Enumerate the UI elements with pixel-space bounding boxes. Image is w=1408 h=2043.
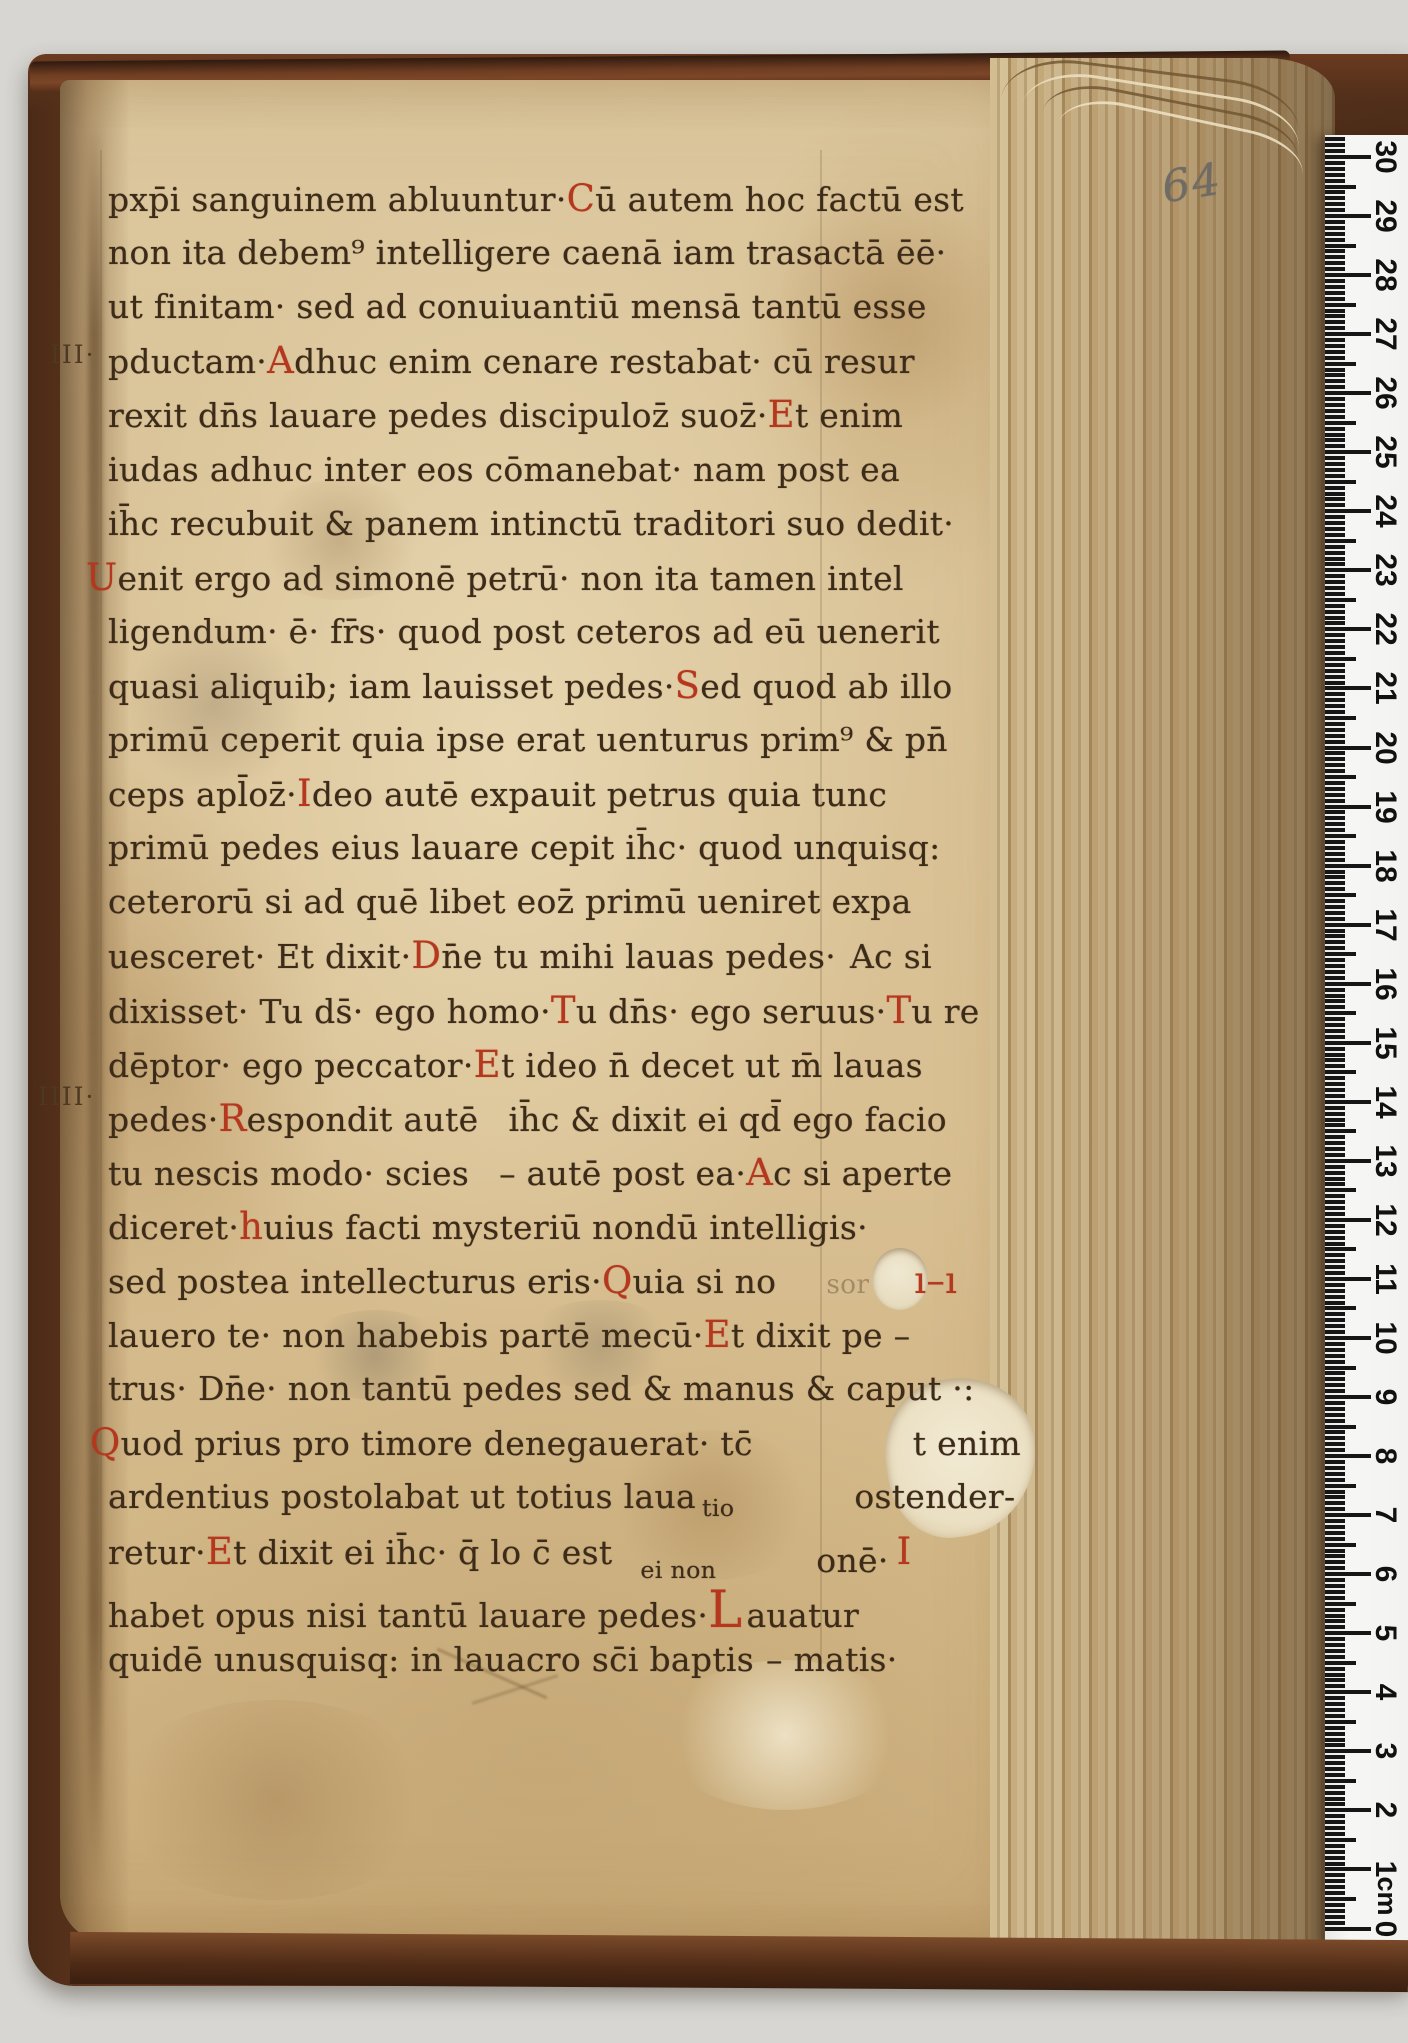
mm-tick [1325, 1177, 1345, 1181]
mm-tick [1325, 722, 1345, 726]
ruler-number-16: 16 [1363, 962, 1407, 1006]
mm-tick [1325, 881, 1345, 885]
rubricated-initial: U [86, 557, 117, 599]
rubricated-initial: D [411, 935, 441, 977]
mm-tick [1325, 1879, 1345, 1883]
mm-tick [1325, 1088, 1345, 1092]
mm-tick [1325, 1554, 1345, 1558]
mm-tick [1325, 1017, 1345, 1021]
mm-tick [1325, 320, 1345, 324]
mm-tick [1325, 728, 1345, 732]
mm-tick [1325, 852, 1345, 856]
mm-tick [1325, 1732, 1345, 1736]
text-segment: t enim [795, 395, 903, 437]
mm-tick [1325, 492, 1345, 496]
mm-tick [1325, 486, 1345, 490]
mm-tick [1325, 952, 1356, 956]
mm-tick [1325, 468, 1345, 472]
mm-tick [1325, 1106, 1345, 1110]
mm-tick [1325, 1519, 1345, 1523]
mm-tick [1325, 1224, 1345, 1228]
ruler-number-9: 9 [1363, 1375, 1407, 1419]
mm-tick [1325, 1171, 1345, 1175]
text-line-11: primū ceperit quia ipse erat uenturus pr… [108, 719, 948, 761]
ruler-number-10: 10 [1363, 1316, 1407, 1360]
text-line-28: quidē unusquisq: in lauacro sc̄i baptis–… [108, 1639, 898, 1681]
mm-tick [1325, 1826, 1345, 1830]
ruler-unit-label: cm [1367, 1874, 1407, 1918]
mm-tick [1325, 1436, 1345, 1440]
mm-tick [1325, 1643, 1345, 1647]
mm-tick [1325, 1814, 1345, 1818]
mm-tick [1325, 1135, 1345, 1139]
mm-tick [1325, 1064, 1345, 1068]
mm-tick [1325, 1797, 1345, 1801]
mm-tick [1325, 1501, 1345, 1505]
text-segment: ostender- [854, 1476, 1015, 1518]
mm-tick [1325, 1903, 1345, 1907]
text-segment: primū ceperit quia ipse erat uenturus pr… [108, 719, 948, 761]
mm-tick [1325, 775, 1356, 779]
mm-tick [1325, 1324, 1345, 1328]
mm-tick [1325, 456, 1345, 460]
mm-tick [1325, 1844, 1345, 1848]
text-segment: rexit dn̄s lauare pedes discipuloz̄ suoz… [108, 395, 768, 437]
mm-tick [1325, 1094, 1345, 1098]
text-line-2: non ita debem⁹ intelligere caenā iam tra… [108, 232, 946, 274]
text-line-10: quasi aliquib; iam lauisset pedes· Sed q… [108, 665, 953, 708]
mm-tick [1325, 373, 1345, 377]
mm-tick [1325, 1407, 1345, 1411]
mm-tick [1325, 870, 1345, 874]
mm-tick [1325, 1608, 1345, 1612]
mm-tick [1325, 1318, 1345, 1322]
text-segment: non ita debem⁹ intelligere caenā iam tra… [108, 232, 946, 274]
mm-tick [1325, 397, 1345, 401]
mm-tick [1325, 911, 1345, 915]
mm-tick [1325, 893, 1356, 897]
mm-tick [1325, 1442, 1345, 1446]
mm-tick [1325, 1590, 1345, 1594]
mm-tick [1325, 503, 1345, 507]
mm-tick [1325, 232, 1345, 236]
text-segment: dixisset· Tu ds̄· ego homo· [108, 991, 551, 1033]
mm-tick [1325, 1460, 1345, 1464]
ruler-number-2: 2 [1363, 1788, 1407, 1832]
text-segment: onē· [816, 1540, 888, 1582]
mm-tick [1325, 1584, 1345, 1588]
mm-tick [1325, 1637, 1345, 1641]
mm-tick [1325, 1850, 1345, 1854]
mm-tick [1325, 1743, 1345, 1747]
rubricated-initial: Q [602, 1260, 633, 1302]
mm-tick [1325, 462, 1345, 466]
mm-tick [1325, 1153, 1345, 1157]
mm-tick [1325, 905, 1345, 909]
rubricated-initial: T [886, 990, 911, 1032]
mm-tick [1325, 1295, 1345, 1299]
text-line-19: tu nescis modo· scies– autē post ea· Ac … [108, 1152, 952, 1195]
ruler-number-29: 29 [1363, 194, 1407, 238]
mm-tick [1325, 1253, 1345, 1257]
text-line-25: ardentius postolabat ut totius lauatioos… [108, 1476, 1015, 1521]
mm-tick [1325, 988, 1345, 992]
text-segment: uod prius pro timore denegauerat· tc̄ [121, 1423, 753, 1465]
ruler-number-5: 5 [1363, 1611, 1407, 1655]
mm-tick [1325, 196, 1345, 200]
text-line-20: diceret· huius facti mysteriū nondū inte… [108, 1206, 868, 1249]
mm-tick [1325, 238, 1345, 242]
text-segment: ceterorū si ad quē libet eoz̄ primū ueni… [108, 881, 912, 923]
mm-tick [1325, 1029, 1345, 1033]
mm-tick [1325, 1023, 1345, 1027]
mm-tick [1325, 1791, 1345, 1795]
margin-mark-iii: III· [50, 340, 96, 369]
mm-tick [1325, 651, 1345, 655]
ruler-number-27: 27 [1363, 312, 1407, 356]
mm-tick [1325, 846, 1345, 850]
text-segment: u re [911, 991, 979, 1033]
rubricated-initial: E [474, 1044, 501, 1086]
mm-tick [1325, 675, 1345, 679]
mm-tick [1325, 497, 1345, 501]
rubricated-initial: T [551, 990, 576, 1032]
mm-tick [1325, 1141, 1345, 1145]
mm-tick [1325, 515, 1345, 519]
ruler-number-23: 23 [1363, 548, 1407, 592]
mm-tick [1325, 1466, 1345, 1470]
mm-tick [1325, 1259, 1345, 1263]
text-segment: quasi aliquib; iam lauisset pedes· [108, 666, 675, 708]
mm-tick [1325, 279, 1345, 283]
mm-tick [1325, 751, 1345, 755]
mm-tick [1325, 1330, 1345, 1334]
mm-tick [1325, 610, 1345, 614]
text-line-22: lauero te· non habebis partē mecū· Et di… [108, 1314, 910, 1357]
mm-tick [1325, 1230, 1345, 1234]
mm-tick [1325, 669, 1345, 673]
mm-tick [1325, 326, 1345, 330]
mm-tick [1325, 255, 1345, 259]
text-segment: retur· [108, 1532, 206, 1574]
text-line-26: retur· Et dixit ei ih̄c· q̄ lo c̄ estei … [108, 1531, 912, 1577]
mm-tick [1325, 1684, 1345, 1688]
mm-tick [1325, 179, 1345, 183]
text-segment: uia si no [633, 1261, 777, 1303]
text-segment: ih̄c recubuit & panem intinctū traditori… [108, 503, 954, 545]
mm-tick [1325, 1619, 1345, 1623]
mm-tick [1325, 1448, 1345, 1452]
mm-tick [1325, 385, 1345, 389]
rubricated-initial: E [206, 1531, 233, 1573]
mm-tick [1325, 828, 1345, 832]
mm-tick [1325, 1785, 1345, 1789]
mm-tick [1325, 173, 1345, 177]
text-line-1: pxp̄i sanguinem abluuntur· Cū autem hoc … [108, 178, 964, 221]
mm-tick [1325, 740, 1345, 744]
mm-tick [1325, 1165, 1345, 1169]
mm-tick [1325, 1123, 1345, 1127]
mm-tick [1325, 929, 1345, 933]
text-line-4: pductam· Adhuc enim cenare restabat· cū … [108, 340, 915, 383]
mm-tick [1325, 834, 1356, 838]
mm-tick [1325, 1383, 1345, 1387]
mm-tick [1325, 527, 1345, 531]
mm-tick [1325, 480, 1356, 484]
ruler-number-17: 17 [1363, 903, 1407, 947]
mm-tick [1325, 533, 1345, 537]
mm-tick [1325, 1667, 1345, 1671]
text-line-18: pedes· Respondit autēih̄c & dixit ei qd̄… [108, 1098, 947, 1141]
mm-tick [1325, 940, 1345, 944]
text-segment: sed postea intellecturus eris· [108, 1261, 602, 1303]
text-segment: – autē post ea· [499, 1153, 746, 1195]
mm-tick [1325, 539, 1356, 543]
text-segment: dhuc enim cenare restabat· cū resur [294, 341, 915, 383]
mm-tick [1325, 698, 1345, 702]
mm-tick [1325, 580, 1345, 584]
mm-tick [1325, 1306, 1356, 1310]
mm-tick [1325, 344, 1345, 348]
mm-tick [1325, 285, 1345, 289]
mm-tick [1325, 816, 1345, 820]
mm-tick [1325, 1419, 1345, 1423]
mm-tick [1325, 1247, 1356, 1251]
mm-tick [1325, 1484, 1356, 1488]
mm-tick [1325, 309, 1345, 313]
mm-tick [1325, 1543, 1356, 1547]
text-line-5: rexit dn̄s lauare pedes discipuloz̄ suoz… [108, 394, 903, 437]
ruler-number-3: 3 [1363, 1729, 1407, 1773]
manuscript-photograph: pxp̄i sanguinem abluuntur· Cū autem hoc … [0, 0, 1408, 2043]
mm-tick [1325, 763, 1345, 767]
mm-tick [1325, 1413, 1345, 1417]
text-segment: ih̄c & dixit ei qd̄ ego facio [508, 1099, 946, 1141]
ruler-number-14: 14 [1363, 1080, 1407, 1124]
mm-tick [1325, 1625, 1345, 1629]
mm-tick [1325, 592, 1345, 596]
mm-tick [1325, 291, 1345, 295]
mm-tick [1325, 1366, 1356, 1370]
text-line-21: sed postea intellecturus eris· Quia si n… [108, 1260, 957, 1306]
mm-tick [1325, 1720, 1356, 1724]
mm-tick [1325, 297, 1345, 301]
text-line-8: Uenit ergo ad simonē petrū· non ita tame… [86, 557, 904, 600]
mm-tick [1325, 1873, 1345, 1877]
text-segment: trus· Dn̄e· non tantū pedes sed & manus … [108, 1368, 975, 1410]
text-segment: pxp̄i sanguinem abluuntur· [108, 179, 567, 221]
mm-tick [1325, 356, 1345, 360]
text-segment: ut finitam· sed ad conuiuantiū mensā tan… [108, 286, 927, 328]
mm-tick [1325, 875, 1345, 879]
mm-tick [1325, 1714, 1345, 1718]
ruler-number-7: 7 [1363, 1493, 1407, 1537]
mm-tick [1325, 1053, 1345, 1057]
mm-tick [1325, 1761, 1345, 1765]
text-segment: t dixit pe – [731, 1315, 911, 1357]
mm-tick [1325, 1070, 1356, 1074]
mm-tick [1325, 899, 1345, 903]
mm-tick [1325, 1702, 1345, 1706]
mm-tick [1325, 645, 1345, 649]
mm-tick [1325, 1430, 1345, 1434]
mm-tick [1325, 1005, 1345, 1009]
mm-tick [1325, 1531, 1345, 1535]
mm-tick [1325, 362, 1356, 366]
mm-tick [1325, 586, 1345, 590]
mm-tick [1325, 958, 1345, 962]
mm-tick [1325, 562, 1345, 566]
mm-tick [1325, 1058, 1345, 1062]
ruler-number-13: 13 [1363, 1139, 1407, 1183]
mm-tick [1325, 810, 1345, 814]
text-segment: enit ergo ad simonē petrū· non ita tamen… [117, 558, 903, 600]
ruler-number-22: 22 [1363, 607, 1407, 651]
text-segment: t dixit ei ih̄c· q̄ lo c̄ est [233, 1532, 612, 1574]
mm-tick [1325, 1011, 1356, 1015]
mm-tick [1325, 1194, 1345, 1198]
text-segment: iudas adhuc inter eos cōmanebat· nam pos… [108, 449, 900, 491]
mm-tick [1325, 917, 1345, 921]
text-line-13: primū pedes eius lauare cepit ih̄c· quod… [108, 827, 941, 869]
mm-tick [1325, 409, 1345, 413]
rubricated-initial: L [708, 1585, 742, 1636]
rubricated-initial: Q [90, 1422, 121, 1464]
mm-tick [1325, 639, 1345, 643]
text-segment: ed quod ab illo [700, 666, 952, 708]
text-segment: u dn̄s· ego seruus· [576, 991, 887, 1033]
mm-tick [1325, 822, 1345, 826]
mm-tick [1325, 474, 1345, 478]
text-line-17: dēptor· ego peccator· Et ideo n̄ decet u… [108, 1044, 923, 1087]
mm-tick [1325, 1212, 1345, 1216]
mm-tick [1325, 421, 1356, 425]
text-line-3: ut finitam· sed ad conuiuantiū mensā tan… [108, 286, 927, 328]
mm-tick [1325, 1779, 1356, 1783]
mm-tick [1325, 704, 1345, 708]
rubricated-initial: A [746, 1152, 773, 1194]
mm-tick [1325, 1271, 1345, 1275]
mm-tick [1325, 633, 1345, 637]
text-segment: ardentius postolabat ut totius laua [108, 1476, 696, 1518]
text-line-7: ih̄c recubuit & panem intinctū traditori… [108, 503, 954, 545]
mm-tick [1325, 438, 1345, 442]
mm-tick [1325, 1206, 1345, 1210]
mm-tick [1325, 444, 1345, 448]
mm-tick [1325, 1490, 1345, 1494]
mm-tick [1325, 1147, 1345, 1151]
manuscript-text-block: pxp̄i sanguinem abluuntur· Cū autem hoc … [0, 0, 1408, 2043]
mm-tick [1325, 598, 1356, 602]
ruler-number-19: 19 [1363, 785, 1407, 829]
mm-tick [1325, 657, 1356, 661]
mm-tick [1325, 616, 1345, 620]
text-line-6: iudas adhuc inter eos cōmanebat· nam pos… [108, 449, 900, 491]
ruler-number-8: 8 [1363, 1434, 1407, 1478]
mm-tick [1325, 1661, 1356, 1665]
mm-tick [1325, 1188, 1356, 1192]
mm-tick [1325, 1265, 1345, 1269]
mm-tick [1325, 787, 1345, 791]
mm-tick [1325, 1678, 1345, 1682]
text-segment: ligendum· ē· fr̄s· quod post ceteros ad … [108, 611, 940, 653]
mm-tick [1325, 710, 1345, 714]
mm-tick [1325, 1301, 1345, 1305]
rubricated-initial: S [675, 665, 701, 707]
mm-tick [1325, 840, 1345, 844]
mm-tick [1325, 757, 1345, 761]
mm-tick [1325, 220, 1345, 224]
text-segment: – matis· [766, 1639, 898, 1681]
rubricated-initial: ı–ı [914, 1260, 957, 1302]
rubricated-initial: R [219, 1098, 247, 1140]
ruler-number-4: 4 [1363, 1670, 1407, 1714]
text-segment: t ideo n̄ decet ut m̄ lauas [501, 1045, 923, 1087]
mm-tick [1325, 143, 1345, 147]
mm-tick [1325, 303, 1356, 307]
mm-tick [1325, 1602, 1356, 1606]
mm-tick [1325, 403, 1345, 407]
text-line-14: ceterorū si ad quē libet eoz̄ primū ueni… [108, 881, 912, 923]
mm-tick [1325, 1047, 1345, 1051]
mm-tick [1325, 887, 1345, 891]
text-line-23: trus· Dn̄e· non tantū pedes sed & manus … [108, 1368, 975, 1410]
mm-tick [1325, 1242, 1345, 1246]
text-segment: ū autem hoc factū est [595, 179, 964, 221]
mm-tick [1325, 1655, 1345, 1659]
mm-tick [1325, 1354, 1345, 1358]
mm-tick [1325, 1915, 1345, 1919]
mm-tick [1325, 551, 1345, 555]
mm-tick [1325, 1708, 1345, 1712]
text-segment: dēptor· ego peccator· [108, 1045, 474, 1087]
ruler-number-20: 20 [1363, 726, 1407, 770]
mm-tick [1325, 1082, 1345, 1086]
mm-tick [1325, 137, 1345, 141]
mm-tick [1325, 226, 1345, 230]
mm-tick [1325, 858, 1345, 862]
mm-tick [1325, 1673, 1345, 1677]
rubricated-initial: E [704, 1314, 731, 1356]
mm-tick [1325, 1862, 1345, 1866]
mm-tick [1325, 208, 1345, 212]
mm-tick [1325, 1649, 1345, 1653]
text-segment: habet opus nisi tantū lauare pedes· [108, 1595, 708, 1637]
mm-tick [1325, 1371, 1345, 1375]
mm-tick [1325, 1478, 1345, 1482]
text-segment: quidē unusquisq: in lauacro sc̄i baptis [108, 1639, 754, 1681]
mm-tick [1325, 1182, 1345, 1186]
text-segment: t enim [913, 1423, 1021, 1465]
mm-tick [1325, 368, 1345, 372]
text-segment: tio [702, 1487, 734, 1529]
mm-tick [1325, 1289, 1345, 1293]
mm-tick [1325, 427, 1345, 431]
mm-tick [1325, 379, 1345, 383]
mm-tick [1325, 415, 1345, 419]
mm-tick [1325, 1389, 1345, 1393]
mm-tick [1325, 161, 1345, 165]
mm-tick [1325, 1525, 1345, 1529]
mm-tick [1325, 1560, 1345, 1564]
mm-tick [1325, 1035, 1345, 1039]
mm-tick [1325, 1856, 1345, 1860]
mm-tick [1325, 681, 1345, 685]
mm-tick [1325, 1773, 1345, 1777]
mm-tick [1325, 946, 1345, 950]
ruler-number-12: 12 [1363, 1198, 1407, 1242]
text-segment: Ac si [850, 936, 932, 978]
